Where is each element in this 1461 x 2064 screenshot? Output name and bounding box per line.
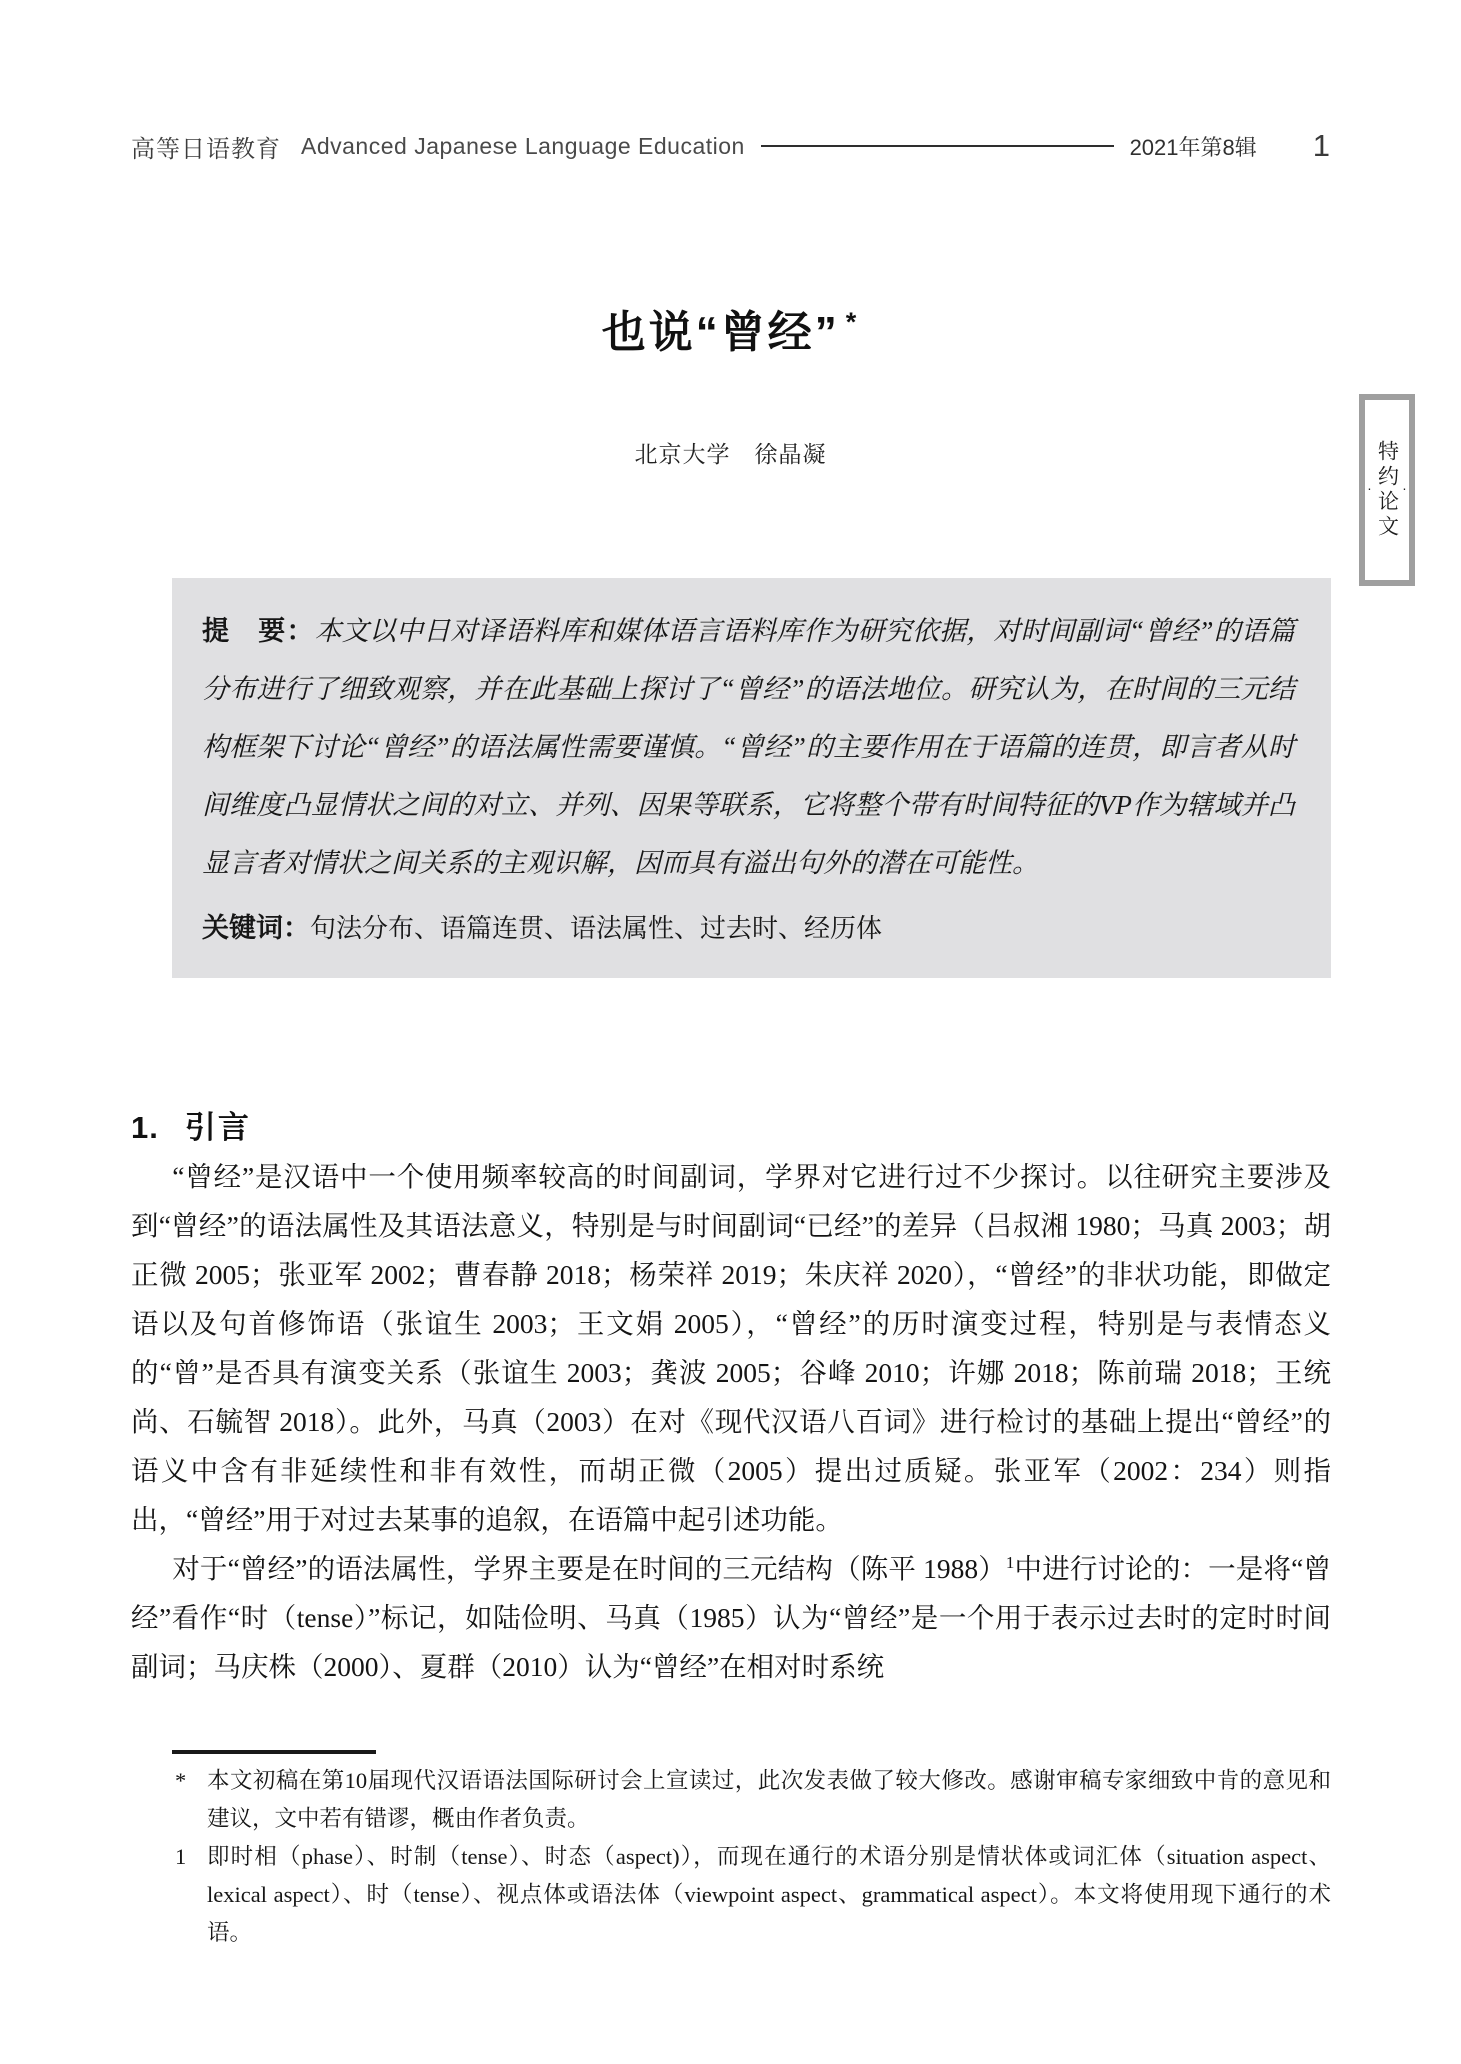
column-tag-box: · 特约论文 · [1359, 394, 1415, 586]
keywords-row: 关键词：句法分布、语篇连贯、语法属性、过去时、经历体 [202, 908, 1295, 948]
footnote-divider [172, 1750, 376, 1754]
footnote-1: 1 即时相（phase）、时制（tense）、时态（aspect)），而现在通行… [131, 1838, 1331, 1952]
author-byline: 北京大学 徐晶凝 [0, 436, 1461, 469]
footnote-1-marker: 1 [175, 1838, 207, 1952]
paragraph-2: 对于“曾经”的语法属性，学界主要是在时间的三元结构（陈平 1988）1中进行讨论… [131, 1544, 1331, 1691]
page-number: 1 [1313, 128, 1330, 164]
section-number: 1. [131, 1110, 159, 1145]
footnote-star-text: 本文初稿在第10届现代汉语语法国际研讨会上宣读过，此次发表做了较大修改。感谢审稿… [207, 1762, 1331, 1838]
footnote-1-text: 即时相（phase）、时制（tense）、时态（aspect)），而现在通行的术… [207, 1838, 1331, 1952]
title-footnote-star: * [846, 307, 860, 337]
article-title-text: 也说“曾经” [602, 308, 840, 357]
article-title: 也说“曾经”* [0, 296, 1461, 360]
journal-title-english: Advanced Japanese Language Education [301, 133, 745, 160]
section-title: 引言 [185, 1110, 251, 1145]
abstract-text: 本文以中日对译语料库和媒体语言语料库作为研究依据，对时间副词“曾经”的语篇分布进… [202, 616, 1295, 878]
header-rule [761, 145, 1114, 147]
paper-page: 高等日语教育 Advanced Japanese Language Educat… [0, 0, 1461, 2064]
issue-label: 2021年第8辑 [1130, 131, 1257, 162]
column-tag: · 特约论文 · [1363, 440, 1412, 540]
column-tag-dot-bottom: · [1363, 480, 1377, 500]
footnote-star-marker: * [175, 1762, 207, 1838]
keywords-text: 句法分布、语篇连贯、语法属性、过去时、经历体 [310, 913, 882, 943]
paragraph-1: “曾经”是汉语中一个使用频率较高的时间副词，学界对它进行过不少探讨。以往研究主要… [131, 1152, 1331, 1544]
body-text: “曾经”是汉语中一个使用频率较高的时间副词，学界对它进行过不少探讨。以往研究主要… [131, 1152, 1331, 1691]
paragraph-2-lead: 对于“曾经”的语法属性，学界主要是在时间的三元结构（陈平 1988） [172, 1553, 1006, 1584]
journal-title-chinese: 高等日语教育 [131, 129, 281, 164]
column-tag-dot-top: · [1398, 480, 1412, 500]
footnote-star: * 本文初稿在第10届现代汉语语法国际研讨会上宣读过，此次发表做了较大修改。感谢… [131, 1762, 1331, 1838]
section-heading: 1.引言 [131, 1102, 251, 1147]
abstract-box: 提 要：本文以中日对译语料库和媒体语言语料库作为研究依据，对时间副词“曾经”的语… [172, 578, 1331, 978]
column-tag-label: 特约论文 [1377, 440, 1398, 540]
abstract-paragraph: 提 要：本文以中日对译语料库和媒体语言语料库作为研究依据，对时间副词“曾经”的语… [202, 602, 1295, 892]
abstract-label: 提 要： [202, 616, 315, 646]
keywords-label: 关键词： [202, 913, 310, 943]
footnotes: * 本文初稿在第10届现代汉语语法国际研讨会上宣读过，此次发表做了较大修改。感谢… [131, 1762, 1331, 1952]
running-head: 高等日语教育 Advanced Japanese Language Educat… [131, 128, 1330, 164]
